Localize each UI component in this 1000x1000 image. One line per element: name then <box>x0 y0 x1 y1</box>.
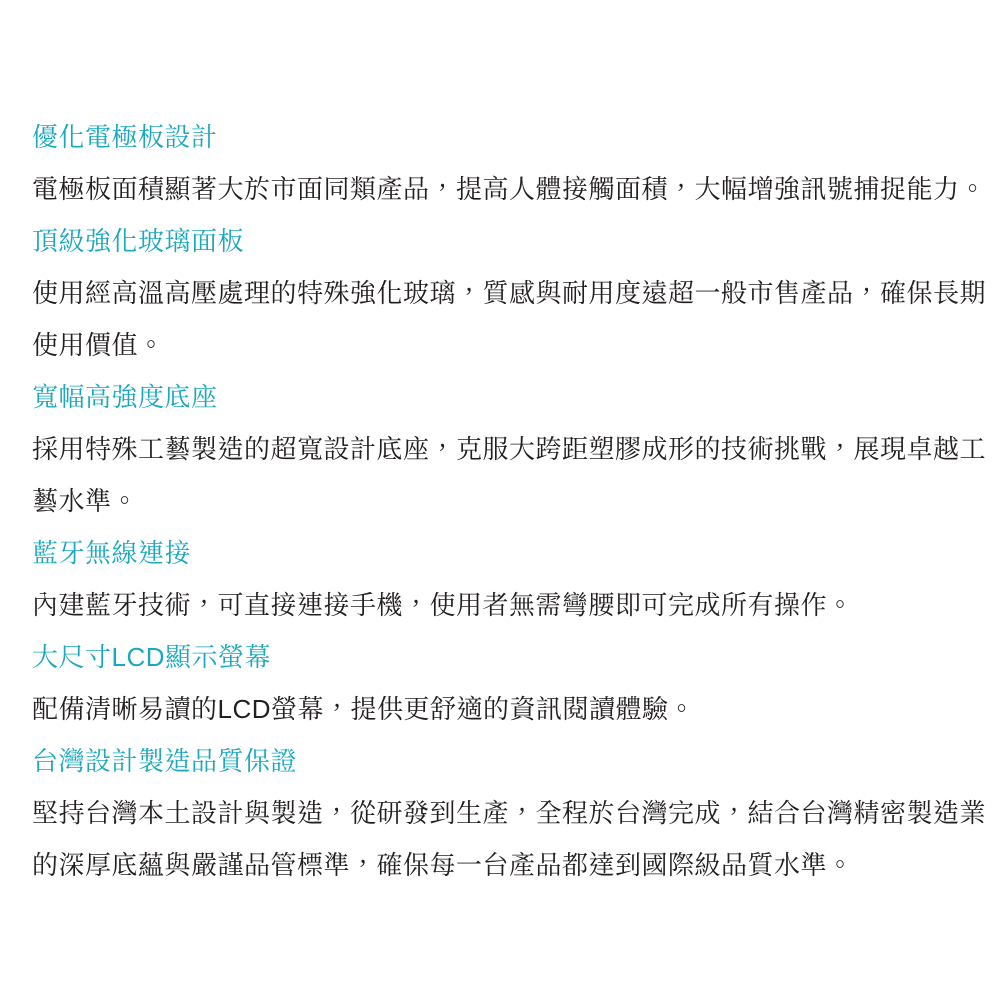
feature-heading: 優化電極板設計 <box>32 111 986 163</box>
feature-section-taiwan-quality: 台灣設計製造品質保證 堅持台灣本土設計與製造，從研發到生產，全程於台灣完成，結合… <box>32 735 986 891</box>
feature-description: 堅持台灣本土設計與製造，從研發到生產，全程於台灣完成，結合台灣精密製造業的深厚底… <box>32 787 986 891</box>
feature-heading: 台灣設計製造品質保證 <box>32 735 986 787</box>
feature-section-glass-panel: 頂級強化玻璃面板 使用經高溫高壓處理的特殊強化玻璃，質感與耐用度遠超一般市售產品… <box>32 215 986 371</box>
feature-description: 配備清晰易讀的LCD螢幕，提供更舒適的資訊閱讀體驗。 <box>32 683 986 735</box>
feature-description: 電極板面積顯著大於市面同類產品，提高人體接觸面積，大幅增強訊號捕捉能力。 <box>32 163 986 215</box>
feature-heading: 大尺寸LCD顯示螢幕 <box>32 631 986 683</box>
feature-section-bluetooth: 藍牙無線連接 內建藍牙技術，可直接連接手機，使用者無需彎腰即可完成所有操作。 <box>32 527 986 631</box>
feature-section-base: 寬幅高強度底座 採用特殊工藝製造的超寬設計底座，克服大跨距塑膠成形的技術挑戰，展… <box>32 371 986 527</box>
feature-section-lcd: 大尺寸LCD顯示螢幕 配備清晰易讀的LCD螢幕，提供更舒適的資訊閱讀體驗。 <box>32 631 986 735</box>
feature-description: 內建藍牙技術，可直接連接手機，使用者無需彎腰即可完成所有操作。 <box>32 579 986 631</box>
feature-description-page: 優化電極板設計 電極板面積顯著大於市面同類產品，提高人體接觸面積，大幅增強訊號捕… <box>0 0 1000 891</box>
feature-heading: 藍牙無線連接 <box>32 527 986 579</box>
feature-description: 使用經高溫高壓處理的特殊強化玻璃，質感與耐用度遠超一般市售產品，確保長期使用價值… <box>32 267 986 371</box>
feature-description: 採用特殊工藝製造的超寬設計底座，克服大跨距塑膠成形的技術挑戰，展現卓越工藝水準。 <box>32 423 986 527</box>
feature-section-electrode: 優化電極板設計 電極板面積顯著大於市面同類產品，提高人體接觸面積，大幅增強訊號捕… <box>32 111 986 215</box>
feature-heading: 寬幅高強度底座 <box>32 371 986 423</box>
feature-heading: 頂級強化玻璃面板 <box>32 215 986 267</box>
